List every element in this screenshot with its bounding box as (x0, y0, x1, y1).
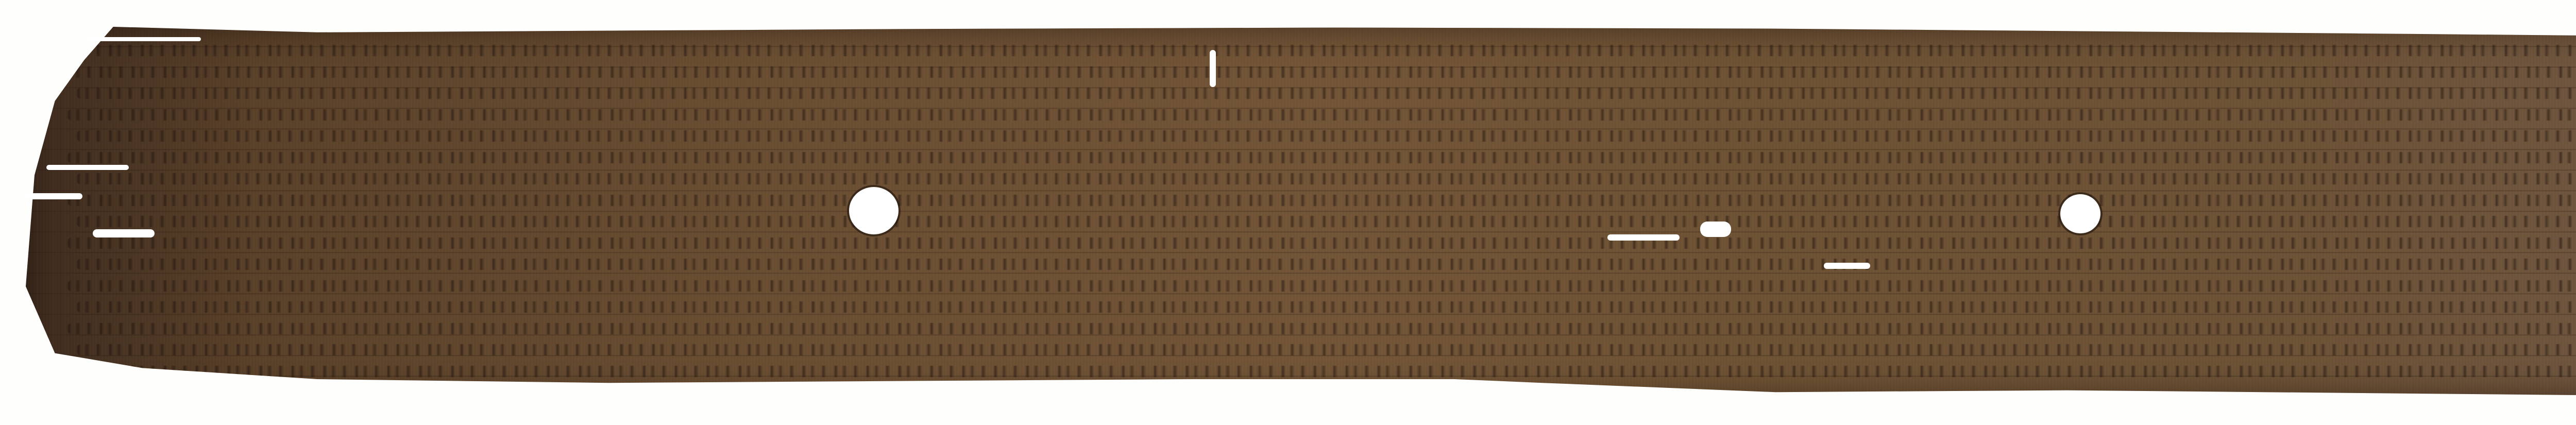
text-line (76, 216, 2576, 227)
text-line (76, 344, 2576, 355)
leaf-damage (23, 193, 82, 199)
palm-leaf-folio (26, 27, 2576, 398)
text-line (76, 173, 2576, 184)
text-line (67, 152, 2576, 163)
scan-background: 695 (0, 0, 2576, 425)
binding-hole-right (2060, 194, 2100, 233)
text-line (67, 195, 2576, 206)
manuscript-text-block (67, 45, 2576, 377)
text-line (76, 88, 2576, 99)
text-line (67, 323, 2576, 334)
leaf-damage (88, 37, 201, 41)
text-line (67, 109, 2576, 121)
text-line (76, 259, 2576, 270)
leaf-damage (1210, 50, 1216, 87)
leaf-damage (1700, 222, 1731, 237)
text-line (76, 45, 2576, 56)
leaf-damage (93, 229, 155, 237)
leaf-damage (1607, 234, 1680, 241)
text-line (67, 280, 2576, 292)
binding-hole-left (849, 187, 899, 234)
text-line (76, 301, 2576, 313)
leaf-damage (1824, 263, 1870, 269)
text-line (67, 366, 2576, 377)
text-line (76, 130, 2576, 142)
text-line (67, 66, 2576, 78)
text-line (67, 237, 2576, 249)
leaf-damage (46, 165, 129, 170)
